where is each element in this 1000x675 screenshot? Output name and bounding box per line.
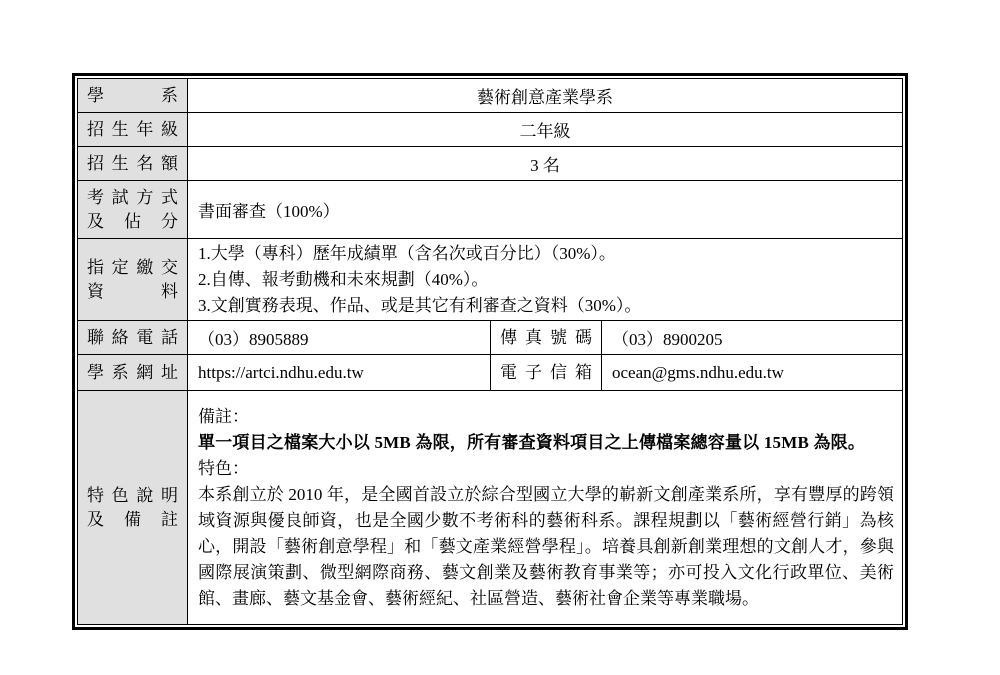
row-grade: 招生年級 二年級 — [78, 113, 903, 147]
department-label-cell: 學系 — [78, 79, 188, 113]
materials-item-3: 3.文創實務表現、作品、或是其它有利審查之資料（30%）。 — [198, 293, 894, 319]
phone-value: （03）8905889 — [188, 321, 491, 355]
email-value: ocean@gms.ndhu.edu.tw — [602, 355, 903, 391]
row-department: 學系 藝術創意產業學系 — [78, 79, 903, 113]
features-label-cell: 特色說明 及備註 — [78, 391, 188, 625]
fax-value: （03）8900205 — [602, 321, 903, 355]
row-website: 學系網址 https://artci.ndhu.edu.tw 電子信箱 ocea… — [78, 355, 903, 391]
department-admission-table: 學系 藝術創意產業學系 招生年級 二年級 招生名額 3 名 考試方式 及佔分 書… — [77, 78, 903, 625]
email-label: 電子信箱 — [500, 361, 592, 385]
department-label: 學系 — [87, 84, 178, 108]
phone-label-cell: 聯絡電話 — [78, 321, 188, 355]
exam-label-line2: 及佔分 — [87, 210, 178, 234]
website-value: https://artci.ndhu.edu.tw — [188, 355, 491, 391]
admission-info-table: 學系 藝術創意產業學系 招生年級 二年級 招生名額 3 名 考試方式 及佔分 書… — [72, 73, 908, 630]
feature-heading: 特色： — [198, 456, 894, 482]
row-quota: 招生名額 3 名 — [78, 147, 903, 181]
grade-value: 二年級 — [188, 113, 903, 147]
features-label-line2: 及備註 — [87, 508, 178, 532]
grade-label-cell: 招生年級 — [78, 113, 188, 147]
note-file-size-limit: 單一項目之檔案大小以 5MB 為限，所有審查資料項目之上傳檔案總容量以 15MB… — [198, 430, 894, 456]
materials-list: 1.大學（專科）歷年成績單（含名次或百分比）（30%）。 2.自傳、報考動機和未… — [188, 239, 903, 321]
exam-label-line1: 考試方式 — [87, 186, 178, 210]
department-value: 藝術創意產業學系 — [188, 79, 903, 113]
exam-label-cell: 考試方式 及佔分 — [78, 181, 188, 239]
quota-label-cell: 招生名額 — [78, 147, 188, 181]
row-features-notes: 特色說明 及備註 備註： 單一項目之檔案大小以 5MB 為限，所有審查資料項目之… — [78, 391, 903, 625]
email-label-cell: 電子信箱 — [491, 355, 602, 391]
website-label-cell: 學系網址 — [78, 355, 188, 391]
row-required-materials: 指定繳交 資料 1.大學（專科）歷年成績單（含名次或百分比）（30%）。 2.自… — [78, 239, 903, 321]
grade-label: 招生年級 — [87, 118, 178, 142]
fax-label: 傳真號碼 — [500, 326, 592, 350]
fax-label-cell: 傳真號碼 — [491, 321, 602, 355]
phone-label: 聯絡電話 — [87, 326, 178, 350]
features-notes-content: 備註： 單一項目之檔案大小以 5MB 為限，所有審查資料項目之上傳檔案總容量以 … — [188, 391, 903, 625]
materials-item-1: 1.大學（專科）歷年成績單（含名次或百分比）（30%）。 — [198, 241, 894, 267]
note-heading: 備註： — [198, 404, 894, 430]
feature-description: 本系創立於 2010 年，是全國首設立於綜合型國立大學的嶄新文創產業系所，享有豐… — [198, 482, 894, 612]
row-contact-phone: 聯絡電話 （03）8905889 傳真號碼 （03）8900205 — [78, 321, 903, 355]
features-label-line1: 特色說明 — [87, 484, 178, 508]
quota-value: 3 名 — [188, 147, 903, 181]
materials-label-line2: 資料 — [87, 280, 178, 304]
quota-label: 招生名額 — [87, 152, 178, 176]
materials-label-cell: 指定繳交 資料 — [78, 239, 188, 321]
row-exam-method: 考試方式 及佔分 書面審查（100%） — [78, 181, 903, 239]
exam-value: 書面審查（100%） — [188, 181, 903, 239]
materials-label-line1: 指定繳交 — [87, 256, 178, 280]
website-label: 學系網址 — [87, 361, 178, 385]
materials-item-2: 2.自傳、報考動機和未來規劃（40%）。 — [198, 267, 894, 293]
